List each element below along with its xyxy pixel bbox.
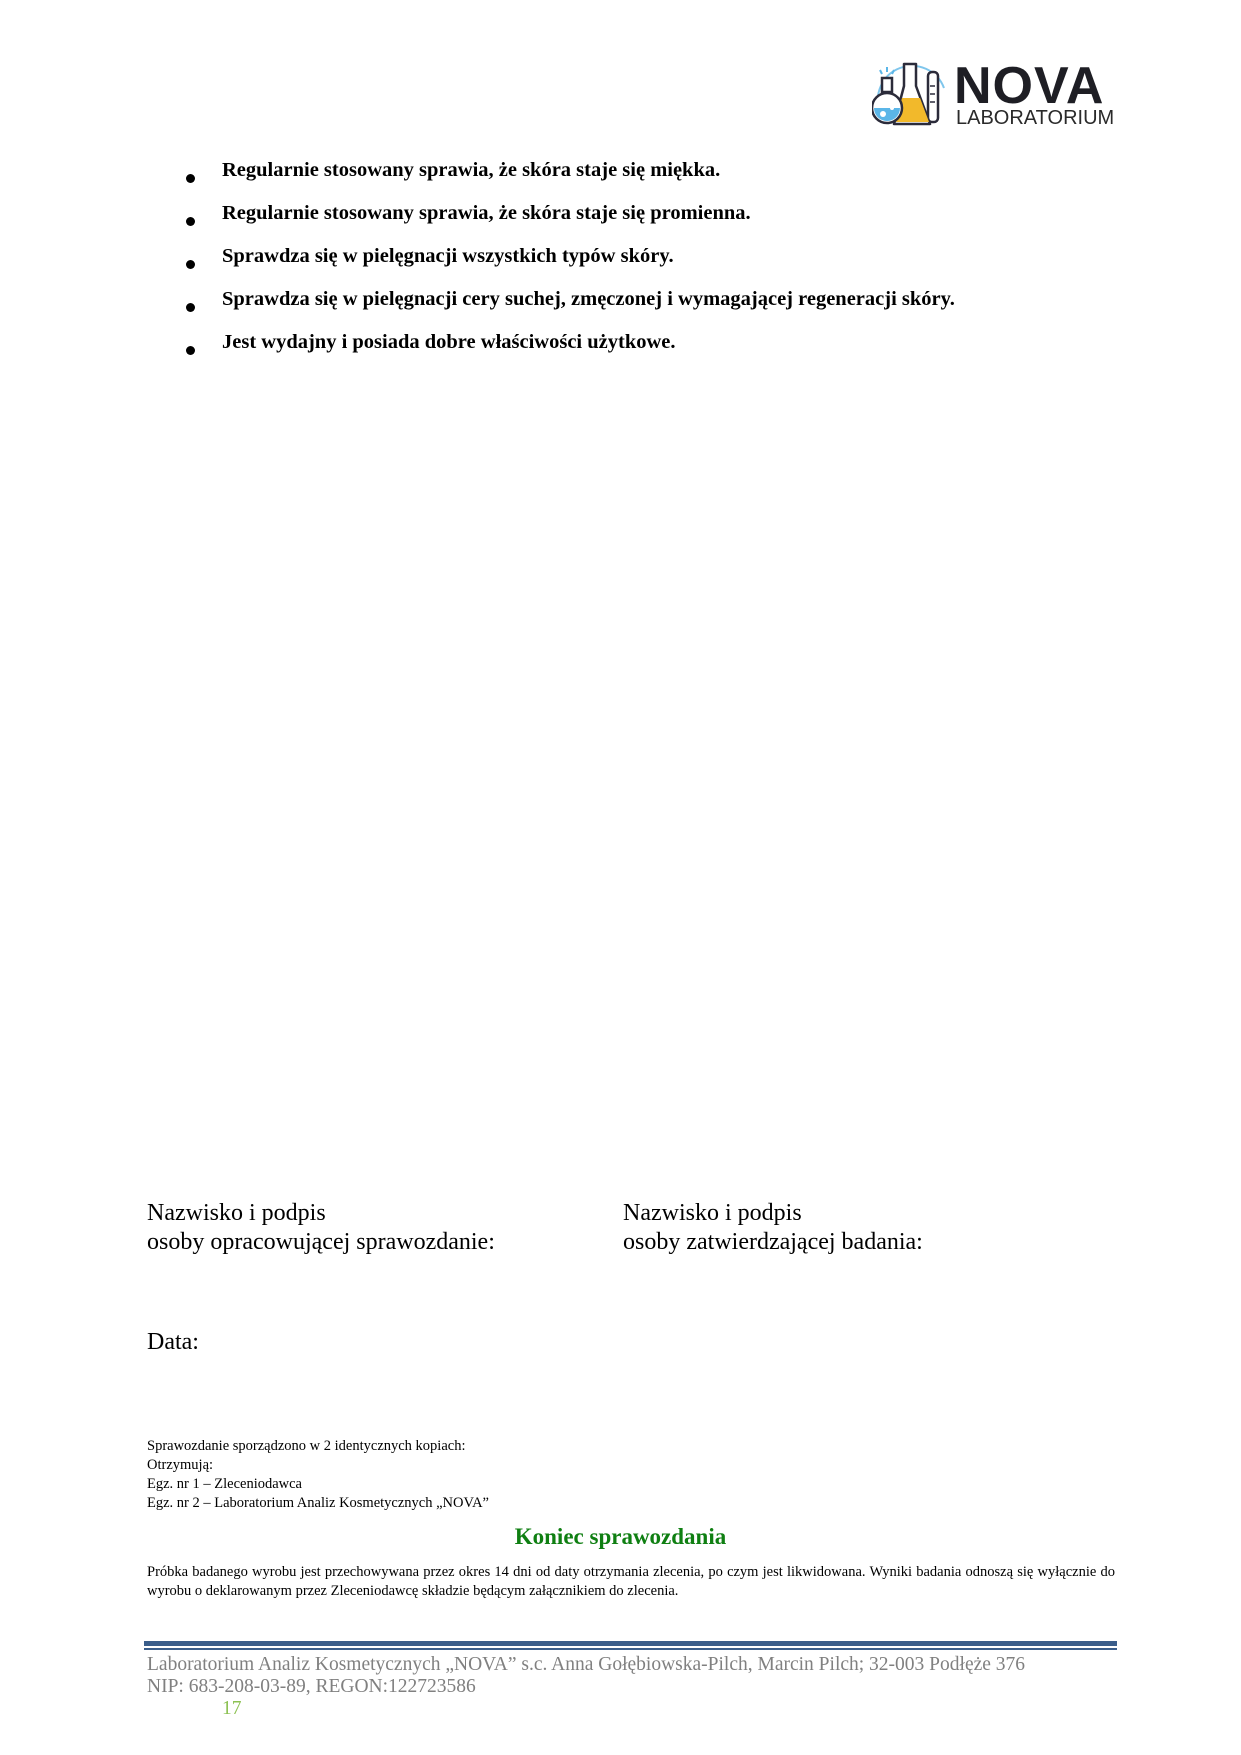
- copies-line: Egz. nr 2 – Laboratorium Analiz Kosmetyc…: [147, 1494, 489, 1513]
- sample-retention-note: Próbka badanego wyrobu jest przechowywan…: [147, 1563, 1115, 1601]
- signature-label-line2: osoby opracowującej sprawozdanie:: [147, 1228, 495, 1257]
- list-item: Regularnie stosowany sprawia, że skóra s…: [186, 158, 955, 201]
- signature-label-line1: Nazwisko i podpis: [147, 1199, 495, 1228]
- list-item: Regularnie stosowany sprawia, że skóra s…: [186, 201, 955, 244]
- footer-divider-thin: [144, 1648, 1117, 1650]
- signature-block-approver: Nazwisko i podpis osoby zatwierdzającej …: [623, 1199, 923, 1257]
- footer-company-info: Laboratorium Analiz Kosmetycznych „NOVA”…: [147, 1654, 1025, 1698]
- bullet-icon: [186, 217, 195, 226]
- logo-subtitle: LABORATORIUM: [956, 108, 1114, 128]
- logo-title: NOVA: [954, 60, 1104, 112]
- copies-line: Sprawozdanie sporządzono w 2 identycznyc…: [147, 1437, 489, 1456]
- bullet-icon: [186, 260, 195, 269]
- product-properties-list: Regularnie stosowany sprawia, że skóra s…: [186, 158, 955, 373]
- bullet-icon: [186, 174, 195, 183]
- bullet-icon: [186, 303, 195, 312]
- signature-block-author: Nazwisko i podpis osoby opracowującej sp…: [147, 1199, 495, 1257]
- footer-divider: [144, 1641, 1117, 1646]
- list-item: Sprawdza się w pielęgnacji wszystkich ty…: [186, 244, 955, 287]
- date-label: Data:: [147, 1328, 199, 1357]
- nova-laboratorium-logo: NOVA LABORATORIUM: [872, 58, 1112, 138]
- copies-line: Egz. nr 1 – Zleceniodawca: [147, 1475, 489, 1494]
- footer-tax-ids: NIP: 683-208-03-89, REGON:122723586: [147, 1676, 1025, 1698]
- signature-label-line2: osoby zatwierdzającej badania:: [623, 1228, 923, 1257]
- page-number: 17: [222, 1698, 242, 1720]
- end-of-report-title: Koniec sprawozdania: [0, 1523, 1241, 1551]
- bullet-icon: [186, 346, 195, 355]
- copies-distribution: Sprawozdanie sporządzono w 2 identycznyc…: [147, 1437, 489, 1513]
- copies-line: Otrzymują:: [147, 1456, 489, 1475]
- list-item: Sprawdza się w pielęgnacji cery suchej, …: [186, 287, 955, 330]
- list-item: Jest wydajny i posiada dobre właściwości…: [186, 330, 955, 373]
- footer-address: Laboratorium Analiz Kosmetycznych „NOVA”…: [147, 1654, 1025, 1676]
- lab-flasks-icon: [872, 58, 952, 134]
- signature-label-line1: Nazwisko i podpis: [623, 1199, 923, 1228]
